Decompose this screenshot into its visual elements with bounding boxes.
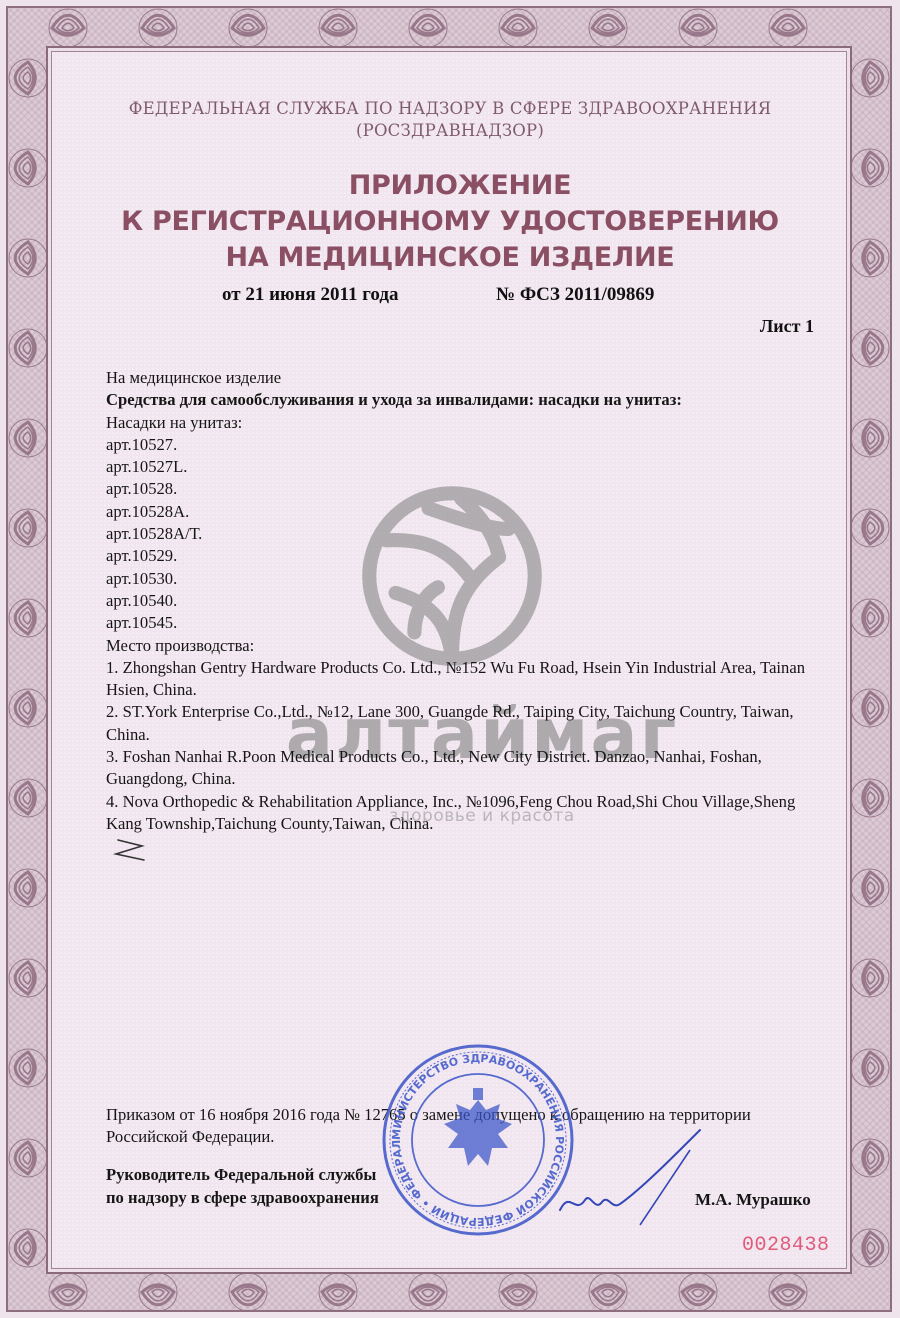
sheet-number: Лист 1: [760, 316, 814, 337]
article-list: арт.10527.арт.10527L.арт.10528.арт.10528…: [106, 434, 826, 635]
signer-name: М.А. Мурашко: [695, 1190, 811, 1210]
agency-line: ФЕДЕРАЛЬНАЯ СЛУЖБА ПО НАДЗОРУ В СФЕРЕ ЗД…: [0, 98, 900, 120]
product-type: Насадки на унитаз:: [106, 412, 826, 434]
signature-icon: [540, 1120, 710, 1230]
article-item: арт.10528А/Т.: [106, 523, 826, 545]
issue-date: от 21 июня 2011 года: [222, 284, 398, 306]
title-line-1: ПРИЛОЖЕНИЕ: [0, 168, 900, 204]
article-item: арт.10545.: [106, 612, 826, 634]
article-item: арт.10530.: [106, 568, 826, 590]
title-line-2: К РЕГИСТРАЦИОННОМУ УДОСТОВЕРЕНИЮ: [0, 204, 900, 240]
production-label: Место производства:: [106, 635, 826, 657]
product-group: Средства для самообслуживания и ухода за…: [106, 389, 826, 411]
serial-number: 0028438: [742, 1234, 830, 1257]
article-item: арт.10527L.: [106, 456, 826, 478]
signer-title-line-2: по надзору в сфере здравоохранения: [106, 1187, 379, 1210]
intro-text: На медицинское изделие: [106, 367, 826, 389]
signer-title: Руководитель Федеральной службы по надзо…: [106, 1164, 379, 1209]
handwritten-mark-icon: [112, 836, 152, 866]
certificate-sheet: ФЕДЕРАЛЬНАЯ СЛУЖБА ПО НАДЗОРУ В СФЕРЕ ЗД…: [0, 0, 900, 1318]
certificate-number: № ФСЗ 2011/09869: [496, 284, 654, 306]
title-line-3: НА МЕДИЦИНСКОЕ ИЗДЕЛИЕ: [0, 240, 900, 276]
agency-abbrev: (РОСЗДРАВНАДЗОР): [0, 120, 900, 142]
article-item: арт.10528.: [106, 478, 826, 500]
agency-name: ФЕДЕРАЛЬНАЯ СЛУЖБА ПО НАДЗОРУ В СФЕРЕ ЗД…: [0, 98, 900, 142]
article-item: арт.10540.: [106, 590, 826, 612]
manufacturer-item: 3. Foshan Nanhai R.Poon Medical Products…: [106, 746, 826, 791]
article-item: арт.10527.: [106, 434, 826, 456]
document-body: На медицинское изделие Средства для само…: [106, 367, 826, 835]
manufacturer-item: 1. Zhongshan Gentry Hardware Products Co…: [106, 657, 826, 702]
watermark-tagline: здоровье и красота: [312, 806, 652, 826]
document-title: ПРИЛОЖЕНИЕ К РЕГИСТРАЦИОННОМУ УДОСТОВЕРЕ…: [0, 168, 900, 276]
article-item: арт.10529.: [106, 545, 826, 567]
article-item: арт.10528А.: [106, 501, 826, 523]
manufacturer-item: 2. ST.York Enterprise Co.,Ltd., №12, Lan…: [106, 701, 826, 746]
signer-title-line-1: Руководитель Федеральной службы: [106, 1164, 379, 1187]
